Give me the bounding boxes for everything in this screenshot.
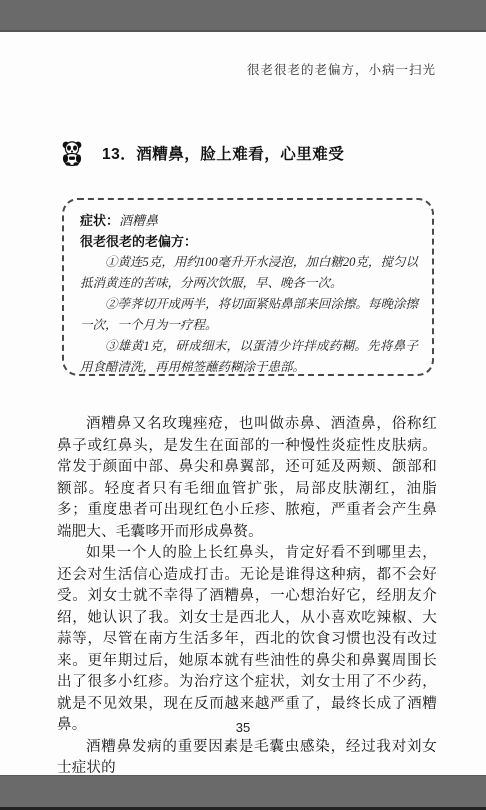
remedy-label: 很老很老的老偏方： (80, 231, 418, 252)
remedy-item-1: ①黄连5克，用约100毫升开水浸泡，加白糖20克，搅匀以抵消黄连的苦味，分两次饮… (80, 252, 418, 294)
body-paragraph-2: 如果一个人的脸上长红鼻头，肯定好看不到哪里去，还会对生活信心造成打击。无论是谁得… (57, 543, 437, 737)
section-title-row: 13．酒糟鼻，脸上难看，心里难受 (60, 140, 438, 166)
scan-top-band (0, 0, 486, 32)
scan-bottom-band (0, 775, 486, 810)
body-paragraph-3: 酒糟鼻发病的重要因素是毛囊虫感染，经过我对刘女士症状的 (57, 737, 437, 780)
section-title: 13．酒糟鼻，脸上难看，心里难受 (102, 142, 344, 164)
panda-icon (60, 140, 84, 166)
remedy-item-2: ②荸荠切开成两半，将切面紧贴鼻部来回涂擦。每晚涂擦一次，一个月为一疗程。 (80, 294, 418, 336)
remedy-item-3: ③雄黄1克，研成细末，以蛋清少许拌成药糊。先将鼻子用食醋清洗，再用棉签蘸药糊涂于… (80, 336, 418, 378)
book-page: 很老很老的老偏方，小病一扫光 13．酒糟鼻，脸上难看，心里难受 症状：酒糟鼻 很… (0, 0, 486, 810)
body-paragraph-1: 酒糟鼻又名玫瑰痤疮，也叫做赤鼻、酒渣鼻，俗称红鼻子或红鼻头，是发生在面部的一种慢… (57, 414, 437, 543)
symptom-line: 症状：酒糟鼻 (80, 210, 418, 231)
symptom-value: 酒糟鼻 (119, 213, 158, 228)
remedy-box: 症状：酒糟鼻 很老很老的老偏方： ①黄连5克，用约100毫升开水浸泡，加白糖20… (62, 198, 434, 376)
page-number: 35 (0, 720, 486, 735)
symptom-label: 症状： (80, 213, 119, 228)
running-header: 很老很老的老偏方，小病一扫光 (247, 60, 436, 78)
